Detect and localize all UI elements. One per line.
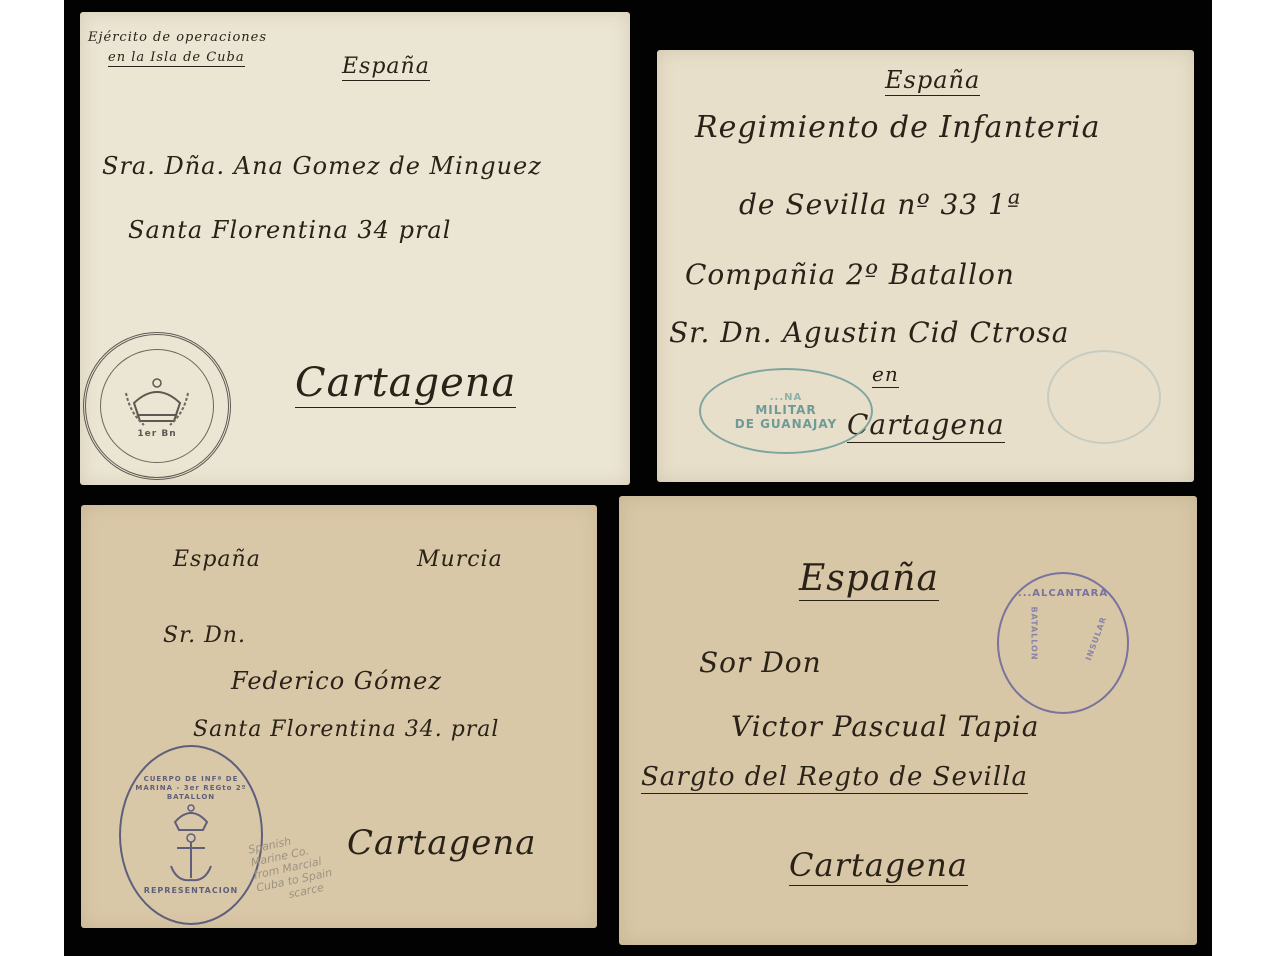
address-line-5: en: [872, 362, 899, 388]
address-line-3: Santa Florentina 34. pral: [193, 717, 499, 742]
envelope-bottom-right: España Sor Don Victor Pascual Tapia Sarg…: [619, 496, 1197, 945]
crowned-anchor-icon: [161, 802, 221, 886]
address-line-2: Victor Pascual Tapia: [731, 710, 1039, 743]
cachet-left-text: BATALLON: [1030, 606, 1039, 660]
envelope-bottom-left: España Murcia Sr. Dn. Federico Gómez San…: [81, 505, 597, 928]
cachet-top-text: CUERPO DE INFª DE MARINA - 3er REGto 2º …: [131, 775, 251, 802]
cachet-bottom-text: REPRESENTACION: [144, 886, 238, 895]
address-line-1: Regimiento de Infanteria: [695, 110, 1101, 145]
corner-note-line-1: Ejército de operaciones: [88, 30, 267, 45]
address-line-2: de Sevilla nº 33 1ª: [739, 188, 1021, 221]
addressee-line: Sra. Dña. Ana Gomez de Minguez: [102, 152, 542, 180]
city-line: Cartagena: [789, 846, 968, 886]
street-line: Santa Florentina 34 pral: [128, 216, 451, 244]
address-line-1: Sor Don: [699, 646, 822, 679]
country-line: España: [342, 54, 430, 81]
cachet-bottom-text: DE GUANAJAY: [735, 417, 837, 431]
cachet-middle-text: MILITAR: [755, 403, 816, 417]
address-line-4: Sr. Dn. Agustin Cid Ctrosa: [669, 316, 1069, 349]
regiment-cachet-seal: 1er Bn: [83, 332, 231, 480]
city-line: Cartagena: [347, 823, 537, 863]
country-line: España: [173, 547, 261, 572]
cachet-center-text: 1er Bn: [137, 429, 176, 439]
faint-postmark: [1047, 350, 1161, 444]
envelope-top-right: España Regimiento de Infanteria de Sevil…: [657, 50, 1194, 482]
address-line-3: Sargto del Regto de Sevilla: [641, 762, 1028, 794]
guanajay-oval-cachet: ...NA MILITAR DE GUANAJAY: [699, 368, 873, 454]
origin-line: Murcia: [417, 547, 503, 572]
marine-infantry-oval-cachet: CUERPO DE INFª DE MARINA - 3er REGto 2º …: [119, 745, 263, 925]
cachet-top-text: ...ALCANTARA: [1018, 588, 1108, 599]
address-line-3: Compañia 2º Batallon: [685, 258, 1015, 291]
address-line-2: Federico Gómez: [231, 667, 442, 695]
battalion-circular-cachet: ...ALCANTARA BATALLON INSULAR: [997, 572, 1129, 714]
crown-emblem-icon: [122, 373, 192, 429]
envelope-top-left: Ejército de operaciones en la Isla de Cu…: [80, 12, 630, 485]
country-line: España: [799, 558, 939, 601]
cachet-right-text: INSULAR: [1084, 615, 1108, 662]
city-line: Cartagena: [295, 360, 516, 408]
corner-note-line-2: en la Isla de Cuba: [108, 50, 245, 67]
cachet-top-text: ...NA: [770, 392, 803, 403]
address-line-1: Sr. Dn.: [163, 623, 246, 648]
country-line: España: [885, 66, 980, 96]
